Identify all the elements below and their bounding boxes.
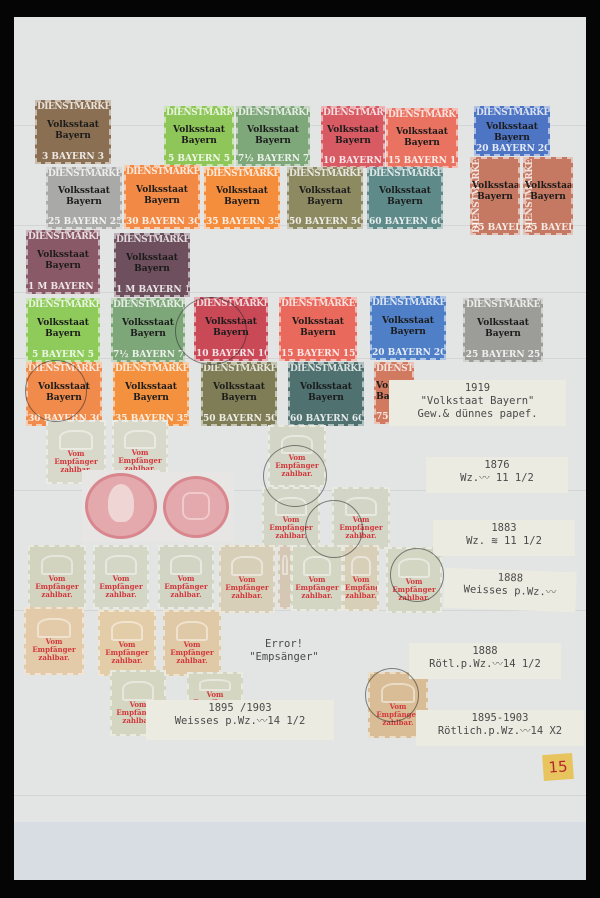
label-line: Rötlich.p.Wz.〰14 X2: [416, 725, 584, 738]
stamp-overprint: VolksstaatBayern: [290, 382, 362, 404]
label-line: Wz. ≋ 11 1/2: [433, 535, 575, 548]
label-1888-weisses: 1888Weisses p.Wz.〰: [443, 568, 576, 613]
stamp-overprint: VolksstaatBayern: [37, 120, 109, 142]
crown-crest-icon: [41, 555, 73, 574]
stamp-top-text: DIENSTMARKE: [238, 108, 308, 118]
stamp-overprint: VolksstaatBayern: [48, 186, 120, 208]
stamp-overprint: Vom Empfängerzahlbar.: [388, 578, 440, 602]
stamp-postage-due: Vom Empfängerzahlbar.: [98, 610, 156, 676]
stamp-value: 7½ BAYERN 7½: [238, 154, 308, 164]
stamp-dienstmarke: DIENSTMARKE VolksstaatBayern 10 BAYERN 1…: [194, 297, 268, 361]
label-line: Wz.〰 11 1/2: [426, 472, 568, 485]
stamp-top-text: DIENSTMARKE: [388, 110, 456, 120]
label-line: Error!: [238, 638, 330, 651]
stamp-value: 30 BAYERN 30: [126, 217, 198, 227]
stamp-overprint: VolksstaatBayern: [372, 316, 444, 338]
stamp-overprint: VolksstaatBayern: [206, 186, 278, 208]
stamp-postage-due: Vom Empfängerzahlbar.: [93, 545, 149, 609]
stamp-top-text: DIENSTMARKE: [289, 169, 361, 179]
stamp-top-text: DIENSTMARKE: [281, 299, 355, 309]
stamp-value: 25 BAYERN 25: [465, 350, 541, 360]
stamp-dienstmarke: DIENSTMARKE VolksstaatBayern 7½ BAYERN 7…: [236, 106, 310, 166]
stamp-overprint: VolksstaatBayern: [289, 186, 361, 208]
stamp-overprint: VolksstaatBayern: [472, 181, 518, 203]
stamp-top-text: DIENSTMARKE: [48, 169, 120, 179]
stamp-overprint: Vom Empfängerzahlbar.: [26, 638, 82, 662]
stamp-overprint: VolksstaatBayern: [115, 382, 187, 404]
label-1888-rotl: 1888Rötl.p.Wz.〰14 1/2: [409, 643, 561, 679]
stamp-overprint: Vom Empfängerzahlbar.: [95, 575, 147, 599]
stamp-dienstmarke: DIENSTMARKE VolksstaatBayern 20 BAYERN 2…: [370, 296, 446, 360]
stamp-dienstmarke: DIENSTMARKE VolksstaatBayern 10 BAYERN 1…: [321, 106, 385, 168]
crown-crest-icon: [122, 681, 153, 701]
stamp-overprint: VolksstaatBayern: [28, 382, 100, 404]
stamp-overprint: Vom Empfängerzahlbar.: [165, 641, 219, 665]
label-1895-rotlich: 1895-1903Rötlich.p.Wz.〰14 X2: [416, 710, 584, 746]
stamp-overprint: Vom Empfängerzahlbar.: [270, 454, 324, 478]
crown-crest-icon: [176, 621, 208, 641]
stamp-top-text: DIENSTMARKE: [290, 364, 362, 374]
stamp-overprint: Vom Empfängerzahlbar.: [293, 576, 341, 600]
stamp-dienstmarke: DIENSTMARKE VolksstaatBayern 60 BAYERN 6…: [367, 167, 443, 229]
stamp-top-text: DIENSTMARKE: [28, 232, 98, 242]
stamp-overprint: VolksstaatBayern: [203, 382, 275, 404]
label-line: Rötl.p.Wz.〰14 1/2: [409, 658, 561, 671]
label-line: 1919: [389, 382, 566, 395]
stamp-top-text: DIENSTMARKE: [166, 108, 232, 118]
stamp-overprint: Vom Empfängerzahlbar.: [345, 576, 377, 600]
crown-crest-icon: [275, 497, 307, 516]
crown-crest-icon: [351, 556, 370, 576]
stamp-postage-due: Vom Empfängerzahlbar.: [343, 545, 379, 611]
stamp-value: 3 BAYERN 3: [37, 152, 109, 162]
stamp-value: 60 BAYERN 60: [369, 217, 441, 227]
portrait-icon: [108, 484, 134, 522]
stamp-dienstmarke: DIENSTMARKE VolksstaatBayern 5 BAYERN 5: [164, 106, 234, 166]
stamp-overprint: Vom Empfängerzahlbar.: [334, 516, 388, 540]
label-line: "Volkstaat Bayern": [389, 395, 566, 408]
crown-crest-icon: [105, 555, 136, 574]
stamp-dienstmarke: DIENSTMARKE VolksstaatBayern 30 BAYERN 3…: [26, 362, 102, 426]
stamp-value: 5 BAYERN 5: [166, 154, 232, 164]
stamp-value: 10 BAYERN 10: [196, 349, 266, 359]
crown-crest-icon: [303, 556, 332, 576]
stamp-postage-due: Vom Empfängerzahlbar.: [332, 487, 390, 549]
stamp-top-text: DIENSTMARKE: [376, 364, 412, 374]
stamp-dienstmarke: DIENSTMARKE VolksstaatBayern 50 BAYERN 5…: [201, 362, 277, 426]
stamp-overprint: VolksstaatBayern: [465, 318, 541, 340]
stamp-overprint: Vom Empfängerzahlbar.: [30, 575, 84, 599]
stamp-value: 50 BAYERN 50: [289, 217, 361, 227]
stamp-overprint: VolksstaatBayern: [476, 122, 548, 144]
stamp-top-text: DIENSTMARKE: [206, 169, 278, 179]
stamp-dienstmarke: DIENSTMARKE VolksstaatBayern 15 BAYERN 1…: [386, 108, 458, 168]
stamp-top-text: DIENSTMARKE: [323, 108, 383, 118]
stamp-overprint: Vom Empfängerzahlbar.: [221, 576, 273, 600]
label-line: Weisses p.Wz.〰14 1/2: [146, 715, 334, 728]
stamp-overprint: VolksstaatBayern: [166, 125, 232, 147]
label-line: 1895 /1903: [146, 702, 334, 715]
envelope-cutout: [160, 472, 234, 542]
stamp-postage-due: Vom Empfängerzahlbar.: [291, 545, 343, 611]
stamp-value: 20 BAYERN 20: [372, 348, 444, 358]
stamp-top-text: DIENSTMARKE: [37, 102, 109, 112]
envelope-cutout: [82, 470, 160, 542]
stamp-postage-due: Vom Empfängerzahlbar.: [158, 545, 214, 609]
stamp-top-text: DIENSTMARKE: [369, 169, 441, 179]
stamp-top-text: DIENSTMARKE: [126, 167, 198, 177]
stamp-postage-due: Vom Empfängerzahlbar.: [163, 610, 221, 676]
stamp-top-text: DIENSTMARKE: [28, 364, 100, 374]
stamp-dienstmarke: DIENSTMARKE VolksstaatBayern 20 BAYERN 2…: [474, 106, 550, 156]
crown-crest-icon: [124, 430, 155, 449]
label-line: 1895-1903: [416, 712, 584, 725]
stamp-dienstmarke: DIENSTMARKE VolksstaatBayern 1 M BAYERN …: [114, 233, 190, 297]
album-page-lower-strip: [14, 822, 586, 880]
stamp-dienstmarke: DIENSTMARKE VolksstaatBayern 75 BAYERN 7…: [523, 157, 573, 235]
stamp-overprint: Vom Empfängerzahlbar.: [100, 641, 154, 665]
page-number-tag: 15: [542, 753, 574, 781]
stamp-overprint: VolksstaatBayern: [323, 125, 383, 147]
stamp-top-text: DIENSTMARKE: [203, 364, 275, 374]
stamp-top-text: DIENSTMARKE: [476, 108, 548, 118]
crown-crest-icon: [398, 558, 429, 578]
stamp-dienstmarke: DIENSTMARKE VolksstaatBayern 35 BAYERN 3…: [204, 167, 280, 229]
stamp-dienstmarke: DIENSTMARKE VolksstaatBayern 3 BAYERN 3: [35, 100, 111, 164]
stamp-value: 5 BAYERN 5: [28, 350, 98, 360]
stamp-value: 25 BAYERN 25: [48, 217, 120, 227]
crown-crest-icon: [381, 683, 415, 703]
stamp-overprint: VolksstaatBayern: [369, 186, 441, 208]
stamp-overprint: Vom Empfängerzahlbar.: [264, 516, 318, 540]
stamp-overprint: VolksstaatBayern: [238, 125, 308, 147]
stamp-overprint: VolksstaatBayern: [126, 185, 198, 207]
crown-crest-icon: [170, 555, 201, 574]
crown-crest-icon: [199, 679, 230, 691]
stamp-postage-due: Vom Empfängerzahlbar.: [262, 487, 320, 549]
stamp-top-text: DIENSTMARKE: [28, 300, 98, 310]
stamp-overprint: VolksstaatBayern: [196, 317, 266, 339]
crown-crest-icon: [59, 430, 93, 449]
label-line: 1883: [433, 522, 575, 535]
stamp-dienstmarke: DIENSTMARKE VolksstaatBayern 5 BAYERN 5: [26, 298, 100, 362]
label-line: Gew.& dünnes papef.: [389, 408, 566, 421]
label-line: 1876: [426, 459, 568, 472]
stamp-overprint: VolksstaatBayern: [525, 181, 571, 203]
stamp-value: 15 BAYERN 15: [388, 156, 456, 166]
strip-divider: [14, 795, 586, 796]
stamp-dienstmarke: DIENSTMARKE VolksstaatBayern 7½ BAYERN 7…: [111, 298, 185, 362]
stamp-postage-due: Vom Empfängerzahlbar.: [219, 545, 275, 613]
crown-crest-icon: [231, 556, 262, 576]
crown-crest-icon: [37, 618, 71, 638]
stamp-postage-due: Vom Empfängerzahlbar.: [24, 607, 84, 675]
label-line: "Empsänger": [238, 651, 330, 664]
stamp-top-text: DIENSTMARKE: [372, 298, 444, 308]
crown-crest-icon: [111, 621, 143, 641]
label-1919: 1919"Volkstaat Bayern"Gew.& dünnes papef…: [389, 380, 566, 426]
stamp-value: 60 BAYERN 60: [290, 414, 362, 424]
stamp-overprint: VolksstaatBayern: [116, 253, 188, 275]
stamp-dienstmarke: DIENSTMARKE VolksstaatBayern 1 M BAYERN …: [26, 230, 100, 294]
stamp-value: 10 BAYERN 10: [323, 156, 383, 166]
stamp-dienstmarke: DIENSTMARKE VolksstaatBayern 25 BAYERN 2…: [463, 298, 543, 362]
stamp-top-text: DIENSTMARKE: [116, 235, 188, 245]
stamp-dienstmarke: DIENSTMARKE VolksstaatBayern 25 BAYERN 2…: [46, 167, 122, 229]
stamp-overprint: VolksstaatBayern: [281, 317, 355, 339]
stamp-overprint: VolksstaatBayern: [113, 318, 183, 340]
stamp-value: 20 BAYERN 20: [476, 144, 548, 154]
stamp-postage-due: Vom Empfängerzahlbar.: [268, 425, 326, 487]
crown-crest-icon: [345, 497, 377, 516]
label-line: 1888: [409, 645, 561, 658]
stamp-value: 15 BAYERN 15: [281, 349, 355, 359]
stamp-dienstmarke: DIENSTMARKE VolksstaatBayern 15 BAYERN 1…: [279, 297, 357, 361]
stamp-overprint: VolksstaatBayern: [28, 318, 98, 340]
stamp-value: 75 BAYERN 75: [525, 223, 571, 233]
stamp-value: 35 BAYERN 35: [206, 217, 278, 227]
stamp-overprint: VolksstaatBayern: [388, 127, 456, 149]
stamp-value: 1 M BAYERN 1 M: [116, 285, 188, 295]
crown-crest-icon: [281, 435, 313, 454]
stamp-dienstmarke: DIENSTMARKE VolksstaatBayern 30 BAYERN 3…: [124, 165, 200, 229]
label-1876: 1876Wz.〰 11 1/2: [426, 457, 568, 493]
stamp-dienstmarke: DIENSTMARKE VolksstaatBayern 60 BAYERN 6…: [288, 362, 364, 426]
stamp-top-text: DIENSTMARKE: [115, 364, 187, 374]
stamp-dienstmarke: DIENSTMARKE VolksstaatBayern 50 BAYERN 5…: [287, 167, 363, 229]
label-1883: 1883Wz. ≋ 11 1/2: [433, 520, 575, 556]
stamp-overprint: Vom Empfängerzahlbar.: [160, 575, 212, 599]
crown-crest-icon: [282, 555, 288, 574]
stamp-postage-due: Vom Empfängerzahlbar.: [28, 545, 86, 609]
stamp-top-text: DIENSTMARKE: [113, 300, 183, 310]
stamp-postage-due: Vom Empfängerzahlbar.: [386, 547, 442, 613]
stamp-top-text: DIENSTMARKE: [196, 299, 266, 309]
coat-of-arms-icon: [182, 492, 210, 520]
stamp-value: 75 BAYERN 75: [472, 223, 518, 233]
stamp-dienstmarke: DIENSTMARKE VolksstaatBayern 35 BAYERN 3…: [113, 362, 189, 426]
label-1895-weisses: 1895 /1903Weisses p.Wz.〰14 1/2: [146, 700, 334, 740]
stamp-dienstmarke: DIENSTMARKE VolksstaatBayern 75 BAYERN 7…: [470, 157, 520, 235]
stamp-top-text: DIENSTMARKE: [465, 300, 541, 310]
stamp-postage-due: [278, 545, 292, 609]
stamp-overprint: VolksstaatBayern: [28, 250, 98, 272]
stamp-value: 1 M BAYERN 1 M: [28, 282, 98, 292]
stamp-value: 7½ BAYERN 7½: [113, 350, 183, 360]
stamp-value: 50 BAYERN 50: [203, 414, 275, 424]
label-error: Error!"Empsänger": [238, 636, 330, 670]
